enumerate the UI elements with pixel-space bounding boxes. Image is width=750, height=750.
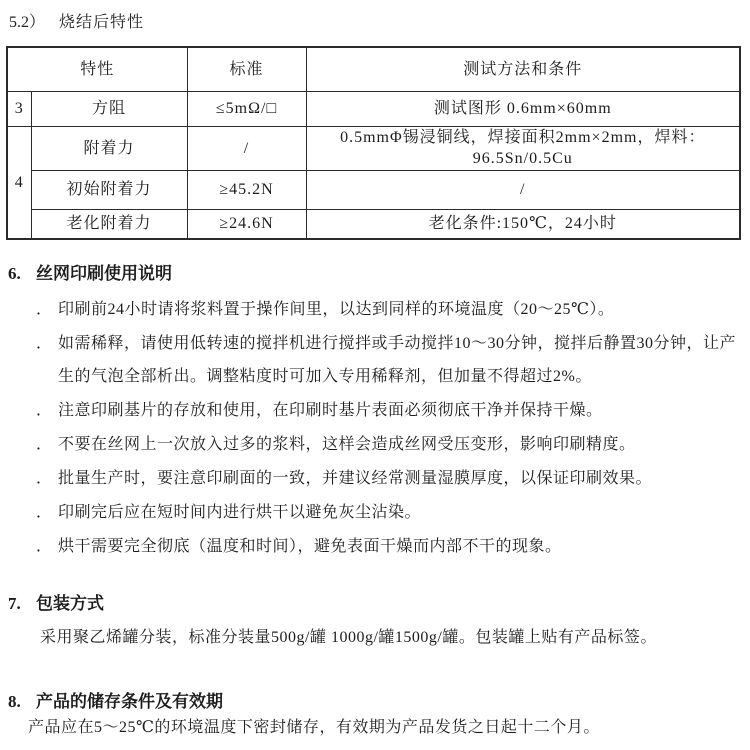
list-item-text: 如需稀释，请使用低转速的搅拌机进行搅拌或手动搅拌10～30分钟，搅拌后静置30分… bbox=[58, 327, 736, 393]
list-item-text: 不要在丝网上一次放入过多的浆料，这样会造成丝网受压变形，影响印刷精度。 bbox=[58, 428, 736, 461]
list-item: ． 注意印刷基片的存放和使用，在印刷时基片表面必须彻底干净并保持干燥。 bbox=[36, 394, 736, 427]
header-method: 测试方法和条件 bbox=[306, 47, 740, 91]
table-row-4-initial-adhesion: 初始附着力 ≥45.2N / bbox=[7, 170, 740, 209]
table-row-4-aged-adhesion: 老化附着力 ≥24.6N 老化条件:150℃，24小时 bbox=[7, 209, 740, 239]
method-cell: 老化条件:150℃，24小时 bbox=[306, 209, 740, 239]
row-number-cell: 4 bbox=[7, 126, 31, 239]
standard-cell: / bbox=[187, 126, 306, 170]
section-8-body: 产品应在5～25℃的环境温度下密封储存，有效期为产品发货之日起十二个月。 bbox=[28, 717, 742, 739]
section-7-heading: 7. 包装方式 bbox=[8, 593, 742, 614]
list-item-text: 印刷完后应在短时间内进行烘干以避免灰尘沾染。 bbox=[58, 496, 736, 529]
section-7-title: 包装方式 bbox=[36, 593, 104, 614]
section-6-title: 丝网印刷使用说明 bbox=[36, 263, 172, 284]
list-item-text: 烘干需要完全彻底（温度和时间），避免表面干燥而内部不干的现象。 bbox=[58, 530, 736, 563]
list-item: ． 烘干需要完全彻底（温度和时间），避免表面干燥而内部不干的现象。 bbox=[36, 530, 736, 563]
section-6-number: 6. bbox=[8, 263, 36, 284]
section-8-heading: 8. 产品的储存条件及有效期 bbox=[8, 691, 742, 712]
feature-cell: 附着力 bbox=[31, 126, 187, 170]
section-number: 5.2） bbox=[9, 14, 45, 31]
list-item: ． 不要在丝网上一次放入过多的浆料，这样会造成丝网受压变形，影响印刷精度。 bbox=[36, 428, 736, 461]
header-standard: 标准 bbox=[187, 47, 306, 91]
section-8-title: 产品的储存条件及有效期 bbox=[36, 691, 223, 712]
section-6-heading: 6. 丝网印刷使用说明 bbox=[8, 263, 742, 284]
section-6-printing-instructions: 6. 丝网印刷使用说明 ． 印刷前24小时请将浆料置于操作间里，以达到同样的环境… bbox=[8, 263, 742, 563]
section-8-number: 8. bbox=[8, 691, 36, 712]
table-row-3: 3 方阻 ≤5mΩ/□ 测试图形 0.6mm×60mm bbox=[7, 91, 740, 126]
method-cell: 0.5mmΦ锡浸铜线，焊接面积2mm×2mm，焊料：96.5Sn/0.5Cu bbox=[306, 126, 740, 170]
standard-cell: ≥24.6N bbox=[187, 209, 306, 239]
bullet-marker: ． bbox=[36, 530, 58, 563]
list-item: ． 如需稀释，请使用低转速的搅拌机进行搅拌或手动搅拌10～30分钟，搅拌后静置3… bbox=[36, 327, 736, 393]
section-title-text: 烧结后特性 bbox=[59, 14, 144, 31]
table-header-row: 特性 标准 测试方法和条件 bbox=[7, 47, 740, 91]
document-page: 5.2）烧结后特性 特性 标准 测试方法和条件 3 方阻 ≤5mΩ/□ 测试图形… bbox=[0, 0, 750, 750]
feature-cell: 初始附着力 bbox=[31, 170, 187, 209]
list-item: ． 批量生产时，要注意印刷面的一致，并建议经常测量湿膜厚度，以保证印刷效果。 bbox=[36, 462, 736, 495]
bullet-marker: ． bbox=[36, 293, 58, 326]
printing-instructions-list: ． 印刷前24小时请将浆料置于操作间里，以达到同样的环境温度（20～25℃）。 … bbox=[8, 293, 742, 563]
list-item-text: 印刷前24小时请将浆料置于操作间里，以达到同样的环境温度（20～25℃）。 bbox=[58, 293, 736, 326]
list-item-text: 注意印刷基片的存放和使用，在印刷时基片表面必须彻底干净并保持干燥。 bbox=[58, 394, 736, 427]
section-8-storage: 8. 产品的储存条件及有效期 产品应在5～25℃的环境温度下密封储存，有效期为产… bbox=[8, 691, 742, 739]
list-item-text: 批量生产时，要注意印刷面的一致，并建议经常测量湿膜厚度，以保证印刷效果。 bbox=[58, 462, 736, 495]
feature-cell: 老化附着力 bbox=[31, 209, 187, 239]
list-item: ． 印刷完后应在短时间内进行烘干以避免灰尘沾染。 bbox=[36, 496, 736, 529]
list-item: ． 印刷前24小时请将浆料置于操作间里，以达到同样的环境温度（20～25℃）。 bbox=[36, 293, 736, 326]
bullet-marker: ． bbox=[36, 462, 58, 495]
section-7-number: 7. bbox=[8, 593, 36, 614]
feature-cell: 方阻 bbox=[31, 91, 187, 126]
bullet-marker: ． bbox=[36, 428, 58, 461]
header-feature: 特性 bbox=[7, 47, 187, 91]
sintered-properties-table: 特性 标准 测试方法和条件 3 方阻 ≤5mΩ/□ 测试图形 0.6mm×60m… bbox=[6, 46, 741, 240]
method-cell: / bbox=[306, 170, 740, 209]
row-number-cell: 3 bbox=[7, 91, 31, 126]
bullet-marker: ． bbox=[36, 327, 58, 393]
bullet-marker: ． bbox=[36, 496, 58, 529]
table-row-4-adhesion: 4 附着力 / 0.5mmΦ锡浸铜线，焊接面积2mm×2mm，焊料：96.5Sn… bbox=[7, 126, 740, 170]
standard-cell: ≥45.2N bbox=[187, 170, 306, 209]
bullet-marker: ． bbox=[36, 394, 58, 427]
standard-cell: ≤5mΩ/□ bbox=[187, 91, 306, 126]
section-7-packaging: 7. 包装方式 采用聚乙烯罐分装，标准分装量500g/罐 1000g/罐1500… bbox=[8, 593, 742, 649]
method-cell: 测试图形 0.6mm×60mm bbox=[306, 91, 740, 126]
section-7-body: 采用聚乙烯罐分装，标准分装量500g/罐 1000g/罐1500g/罐。包装罐上… bbox=[40, 627, 742, 649]
section-title-5-2: 5.2）烧结后特性 bbox=[8, 13, 742, 33]
